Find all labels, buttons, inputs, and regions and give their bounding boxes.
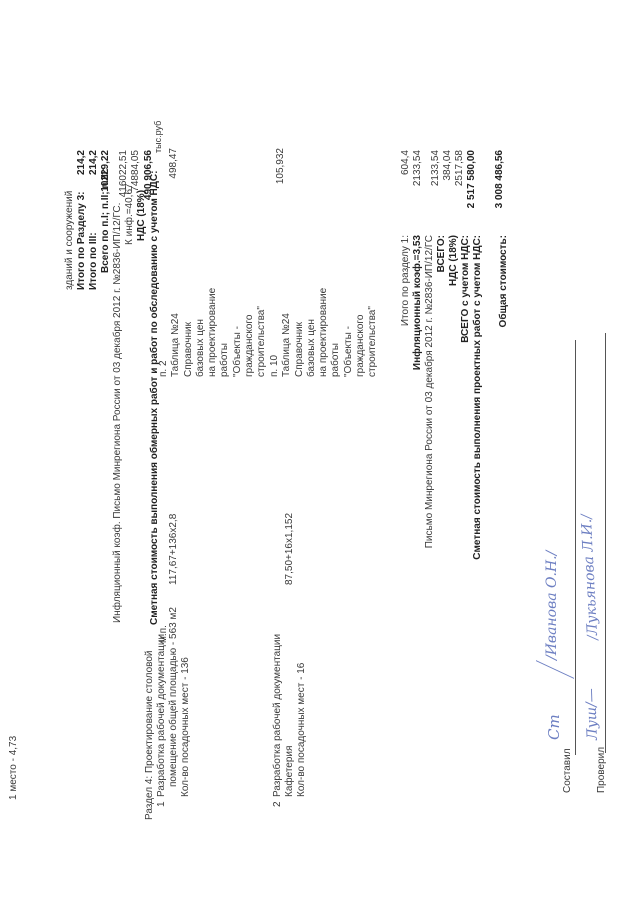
item-cost: 498,47 <box>168 148 180 179</box>
grand-total-value: 3 008 486,56 <box>494 150 506 208</box>
item-number: 2 <box>272 801 284 807</box>
summary-label: Инфляционный коэф.=3,53 <box>412 235 424 370</box>
section-title: Раздел 4: Проектирование столовой <box>144 651 156 820</box>
summary-value: 2517,58 <box>454 150 466 186</box>
item-reference: п. 10 Таблица №24 Справочник базовых цен… <box>269 288 380 377</box>
summary-label: НДС (18%) <box>448 235 460 286</box>
item-description: Кол-во посадочных мест - 16 <box>296 663 308 797</box>
item-description: Кол-во посадочных мест - 136 <box>180 657 192 797</box>
checked-by-signature: Луш/— <box>585 688 599 740</box>
item-number: 1 <box>156 801 168 807</box>
summary-label: Письмо Минрегиона России от 03 декабря 2… <box>424 235 436 548</box>
compiled-by-name: /Иванова О.Н./ <box>546 551 558 660</box>
grand-total-label: Общая стоимость: <box>498 235 510 327</box>
summary-value: 2133,54 <box>412 150 424 186</box>
checked-by-label: Проверил <box>596 747 608 793</box>
summary-value: 74884,05 <box>130 150 142 192</box>
summary-label: Итого по Разделу 3: <box>76 192 88 290</box>
summary-label: ВСЕГО с учетом НДС: <box>460 235 472 343</box>
signature-slash <box>536 660 574 679</box>
summary-value: 214,2 <box>76 150 88 175</box>
checked-by-line <box>605 333 606 753</box>
compiled-by-signature: Ст <box>548 714 560 740</box>
summary-label: Инфляционный коэф. Письмо Минрегиона Рос… <box>112 203 124 623</box>
compiled-by-label: Составил <box>562 748 574 793</box>
summary-label: Сметная стоимость выполнения проектных р… <box>472 235 484 560</box>
summary-value: 416022,51 <box>118 150 130 197</box>
item-cost: 105,932 <box>275 148 287 184</box>
unit-label: тыс.руб <box>152 121 164 153</box>
item-reference: п. 2 Таблица №24 Справочник базовых цен … <box>158 288 269 377</box>
summary-value: 10229,22 <box>100 150 112 192</box>
place-note: 1 место - 4,73 <box>8 736 20 800</box>
summary-value: 384,04 <box>442 150 454 181</box>
summary-value: 2 517 580,00 <box>466 150 478 208</box>
summary-value: 604,4 <box>400 150 412 175</box>
checked-by-name: /Лукьянова Л.И./ <box>581 514 600 640</box>
summary-label: Итого по III: <box>88 232 100 290</box>
item-description: Кафетерия <box>284 746 296 797</box>
summary-value: 214,2 <box>88 150 100 175</box>
compiled-by-line <box>575 340 576 755</box>
summary-label: зданий и сооружений <box>64 191 76 290</box>
item-unit: м.п. <box>158 625 170 643</box>
summary-value: 490 906,56 <box>143 150 155 200</box>
item-description: Разработка рабочей документации <box>272 634 284 797</box>
summary-value: 2133,54 <box>430 150 442 186</box>
summary-label: Итого по разделу 1: <box>400 235 412 326</box>
summary-label: Сметная стоимость выполнения обмерных ра… <box>149 171 161 625</box>
item-formula: 117,67+136х2,8 <box>168 514 180 585</box>
item-formula: 87,50+16х1,152 <box>284 513 296 585</box>
item-description: Разработка рабочей документации <box>156 634 168 797</box>
summary-label: ВСЕГО: <box>436 235 448 272</box>
document-page: 1 место - 4,73 зданий и сооружений Итого… <box>0 0 641 905</box>
